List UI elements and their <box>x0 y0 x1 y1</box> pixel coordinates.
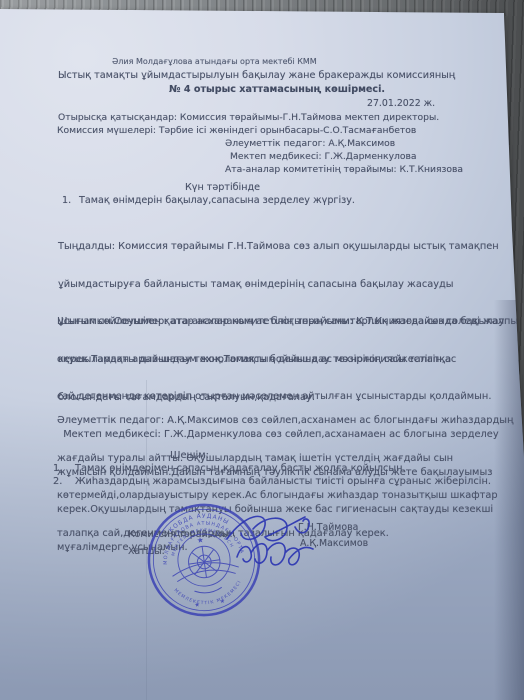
attendees-nurse: Мектеп медбикесі: Г.Ж.Дарменкулова <box>230 151 417 162</box>
paragraph-line: Шығып сөйлеушілер: ата-аналар комитетіні… <box>57 316 518 329</box>
paragraph-line: оқушылардан арыз-шағым жоқ,Тамақтың дайы… <box>57 354 518 367</box>
paper-sheet: Әлия Молдағұлова атындағы орта мектебі К… <box>0 0 524 700</box>
attendees-social: Әлеуметтік педагог: А.Қ.Максимов <box>225 138 395 149</box>
school-title: Әлия Молдағұлова атындағы орта мектебі К… <box>112 57 317 66</box>
agenda-heading: Күн тәртібінде <box>185 182 260 193</box>
document-photo: Әлия Молдағұлова атындағы орта мектебі К… <box>0 0 524 700</box>
stamp-star-icon: ★ <box>194 601 201 609</box>
signature-chair-scribble <box>227 516 309 540</box>
paragraph-line: ұйымдастыруға байланысты тамақ өнімдерін… <box>58 279 504 292</box>
attendees-participants: Отырысқа қатысқандар: Комиссия төрайымы-… <box>58 112 439 123</box>
protocol-title: № 4 отырыс хаттамасының көшірмесі. <box>169 84 385 95</box>
paragraph-line: көтермейді,олардыауыстыру керек.Ас блогы… <box>57 490 513 503</box>
attendees-parents: Ата-аналар комитетінің төрайымы: К.Т.Кни… <box>225 164 463 175</box>
decision-heading: Шешім: <box>170 450 209 461</box>
decision-item-number: 2. <box>53 476 62 487</box>
agenda-item-number: 1. <box>62 195 71 206</box>
signature-secretary-scribble <box>237 543 313 565</box>
decision-item: Жиһаздардың жарамсыздығына байланысты ти… <box>75 476 491 487</box>
document-date: 27.01.2022 ж. <box>367 98 435 109</box>
decision-item-number: 1. <box>53 463 62 474</box>
commission-title: Ыстық тамақты ұйымдастырылуын бақылау жа… <box>58 70 455 81</box>
decision-item: Тамақ өнімдерімен сапасын,қадағалау баст… <box>75 463 406 474</box>
handwritten-signatures <box>195 505 335 577</box>
stamp-star-icon: ★ <box>219 598 226 606</box>
paragraph-line: Әлеуметтік педагог: А.Қ.Максимов сөз сөй… <box>57 415 513 428</box>
paragraph-line: Тыңдалды: Комиссия төрайымы Г.Н.Таймова … <box>58 241 504 254</box>
paper-wrap: Әлия Молдағұлова атындағы орта мектебі К… <box>0 0 524 700</box>
document-content: Әлия Молдағұлова атындағы орта мектебі К… <box>57 0 524 700</box>
attendees-members: Комиссия мүшелері: Тәрбие ісі жөніндегі … <box>57 125 416 136</box>
agenda-item: Тамақ өнімдерін бақылау,сапасына зерделе… <box>79 195 355 206</box>
